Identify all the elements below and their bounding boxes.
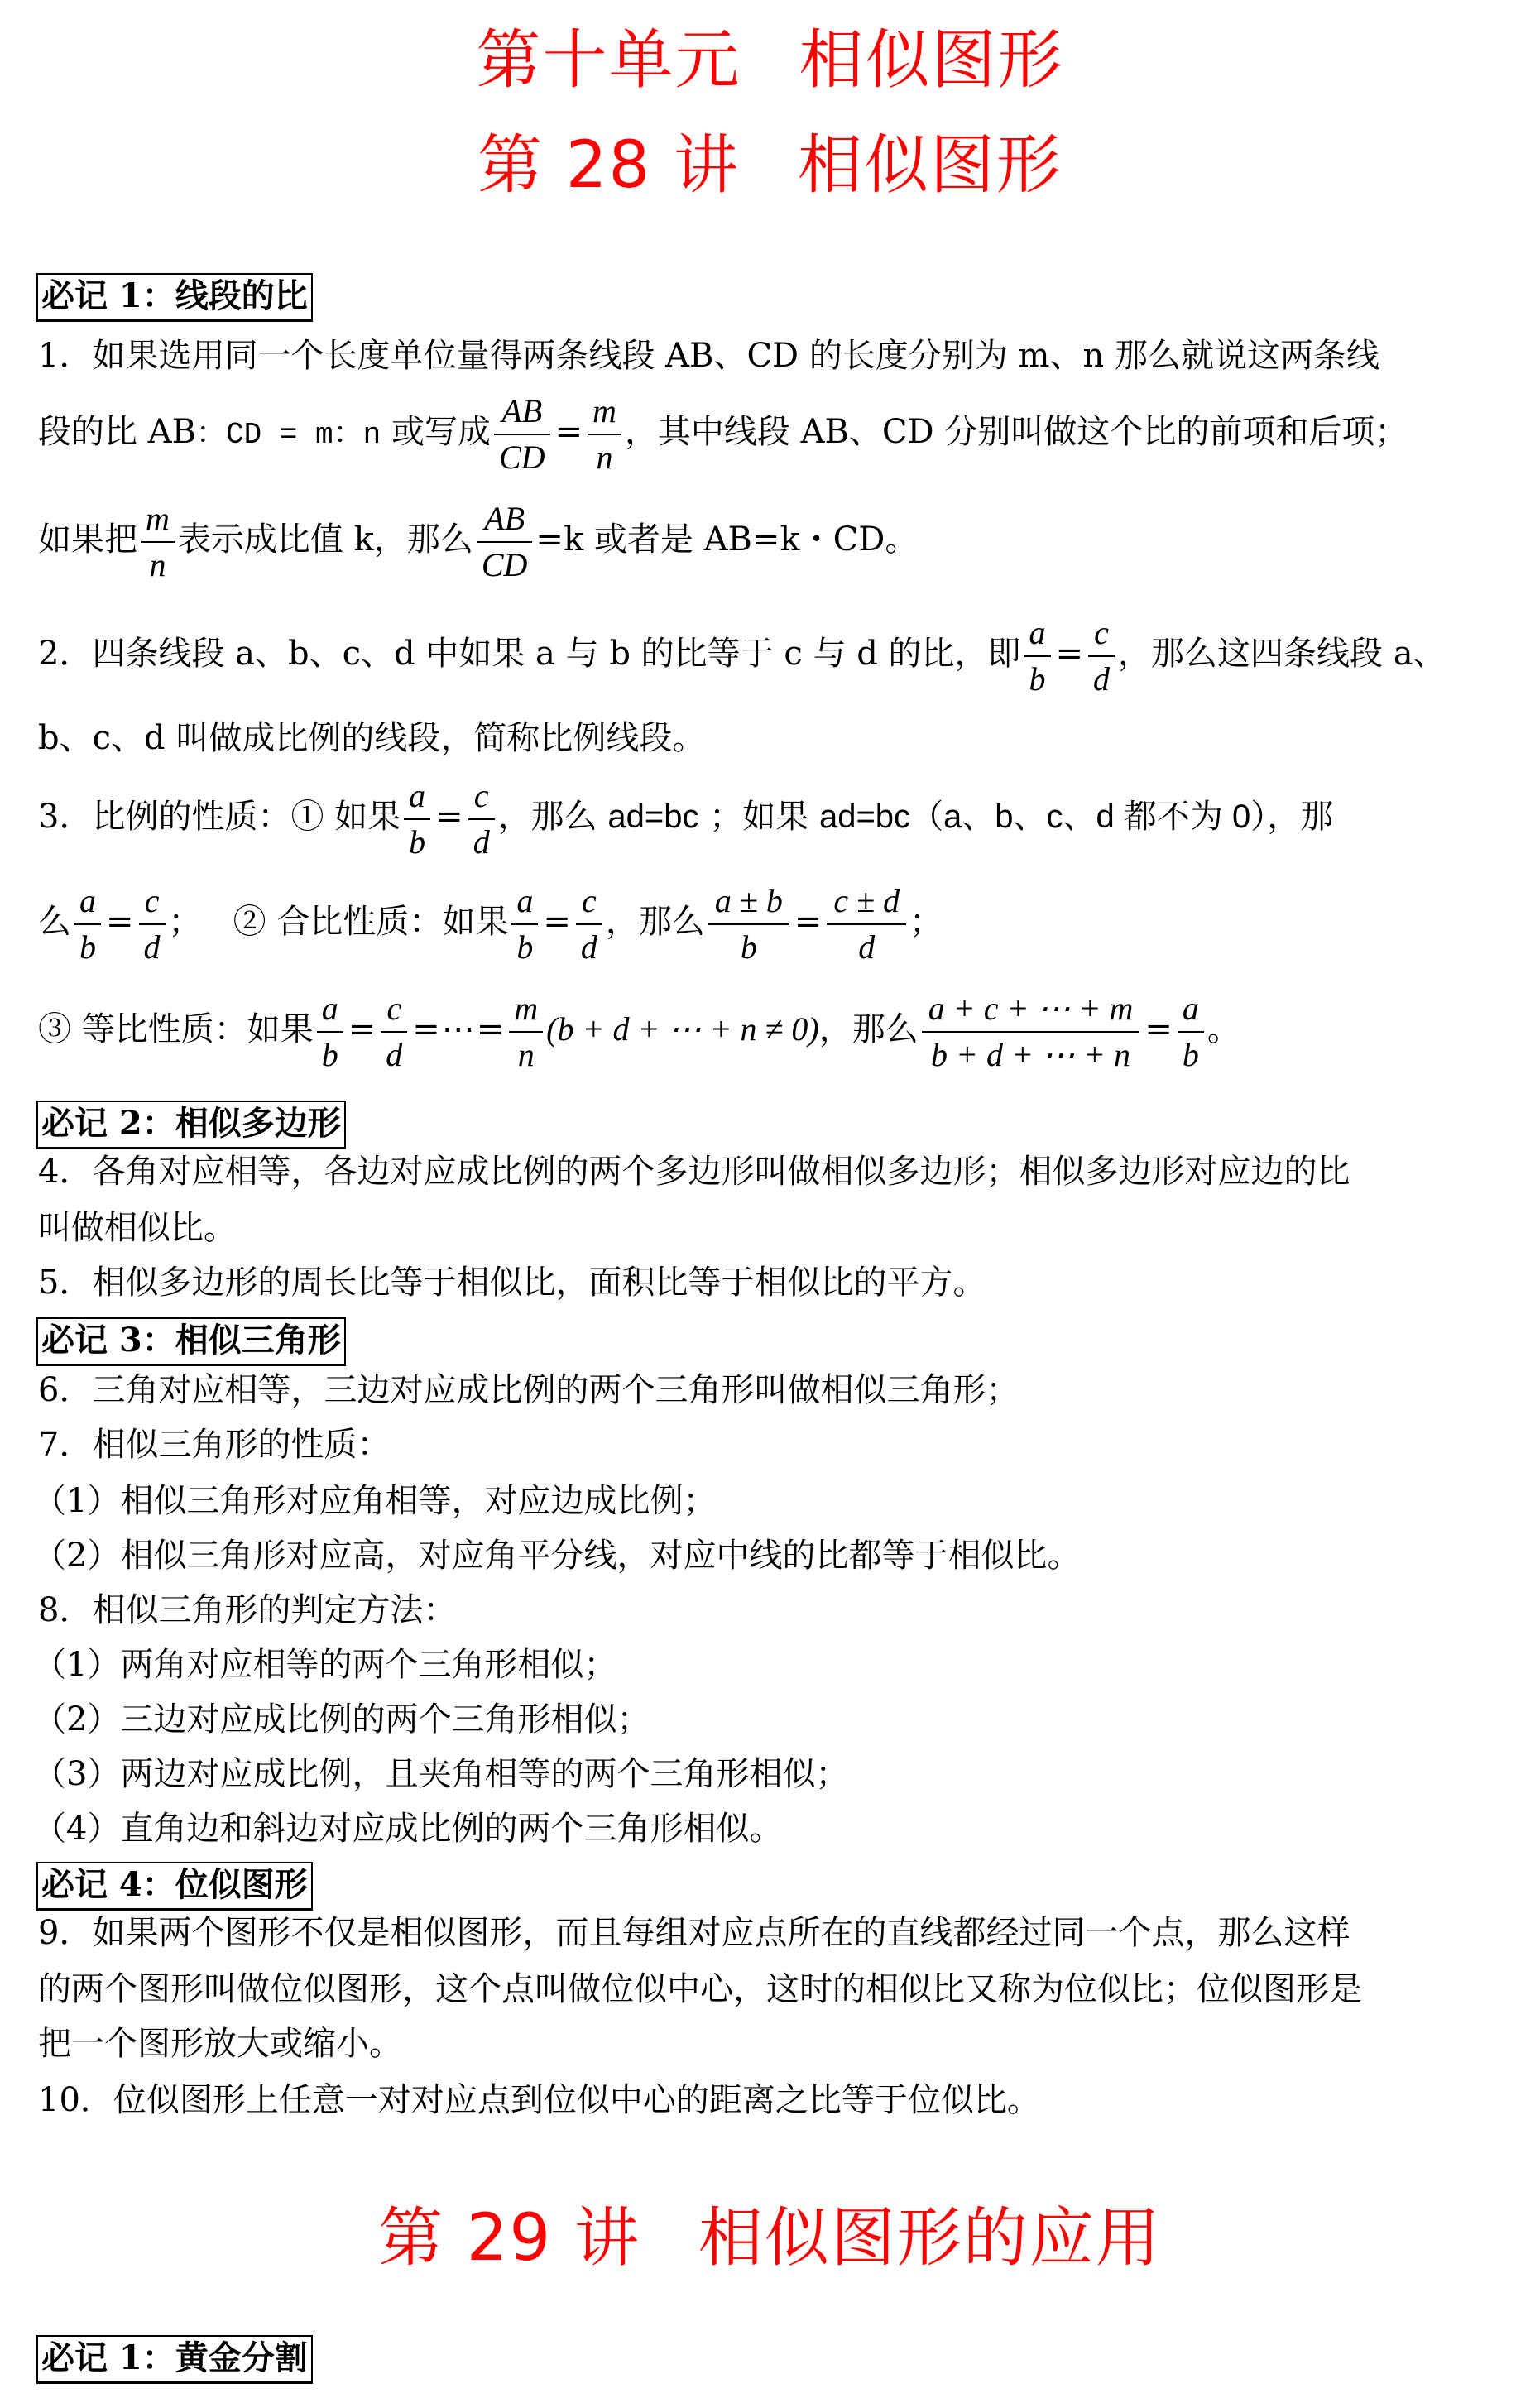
numerator: a (74, 879, 101, 925)
denominator: b (1024, 657, 1051, 702)
item-4-line-1: 4．各角对应相等，各边对应成比例的两个多边形叫做相似多边形；相似多边形对应边的比 (38, 1152, 1350, 1192)
fraction-a-over-b: ab (404, 774, 430, 865)
numerator: a (511, 879, 538, 925)
lecture-28-number: 第 28 讲 (477, 128, 740, 203)
section-heading-similar-triangles: 必记 3：相似三角形 (36, 1317, 346, 1366)
denominator: b (404, 820, 430, 865)
denominator: d (381, 1033, 407, 1077)
denominator: b (74, 925, 101, 970)
numerator: m (588, 389, 621, 435)
fraction-ab-over-cd: ABCD (477, 496, 533, 588)
equals-sign: = (1144, 1010, 1173, 1048)
equals-sign: = (794, 903, 823, 941)
denominator: n (509, 1033, 543, 1077)
numerator: m (509, 986, 543, 1033)
unit-title: 第十单元相似图形 (0, 23, 1540, 98)
text: ，那么 (498, 798, 608, 836)
item-8-sub-4: （4）直角边和斜边对应成比例的两个三角形相似。 (33, 1809, 782, 1849)
denominator: d (827, 925, 906, 970)
fraction-c-over-d: cd (1088, 611, 1115, 702)
item-3-line-3: ③ 等比性质：如果ab=cd=⋯=mn(b + d + ⋯ + n ≠ 0)，那… (38, 986, 1240, 1077)
fraction-c-over-d: cd (576, 879, 602, 970)
text: ，那么这四条线段 a、 (1118, 635, 1446, 673)
section-heading-homothetic-figures: 必记 4：位似图形 (36, 1862, 313, 1911)
ratio-expression: ：CD = m：n (196, 418, 381, 452)
equals-sign: = (555, 413, 583, 451)
fraction-m-over-n: mn (588, 389, 621, 480)
fraction-a-over-b: ab (317, 986, 343, 1077)
unit-title-topic: 相似图形 (799, 23, 1064, 98)
section-heading-segment-ratio: 必记 1：线段的比 (36, 273, 313, 322)
item-1-line-2: 段的比 AB：CD = m：n 或写成ABCD=mn，其中线段 AB、CD 分别… (38, 389, 1408, 480)
text: ③ 等比性质：如果 (38, 1010, 314, 1048)
item-9-line-2: 的两个图形叫做位似图形，这个点叫做位似中心，这时的相似比又称为位似比；位似图形是 (38, 1969, 1362, 2009)
item-8-line-1: 8．相似三角形的判定方法： (38, 1590, 456, 1630)
lecture-29-title: 第 29 讲相似图形的应用 (0, 2201, 1540, 2276)
item-9-line-3: 把一个图形放大或缩小。 (38, 2024, 402, 2064)
item-5-line-1: 5．相似多边形的周长比等于相似比，面积比等于相似比的平方。 (38, 1263, 986, 1302)
text: ； (909, 903, 943, 941)
denominator: b (1178, 1033, 1204, 1077)
fraction-a-over-b: ab (511, 879, 538, 970)
nonzero-condition: （a、b、c、d 都不为 0） (910, 799, 1267, 835)
product-equation: ad=bc (819, 799, 910, 835)
text: ； ② 合比性质：如果 (169, 903, 509, 941)
equals-sign: = (1056, 635, 1084, 673)
text: 段的比 AB (38, 413, 196, 451)
item-3-line-2: 么ab=cd； ② 合比性质：如果ab=cd，那么a ± bb=c ± dd； (38, 879, 943, 970)
denominator: n (141, 543, 175, 588)
lecture-29-topic: 相似图形的应用 (698, 2201, 1162, 2276)
numerator: a (1178, 986, 1204, 1033)
text: 3．比例的性质：① 如果 (38, 798, 401, 836)
text: ，那 (1267, 798, 1333, 836)
equals-sign: = (435, 798, 463, 836)
equals-sign: = (106, 903, 134, 941)
section-heading-similar-polygons: 必记 2：相似多边形 (36, 1101, 346, 1149)
fraction-c-over-d: cd (381, 986, 407, 1077)
item-8-sub-3: （3）两边对应成比例，且夹角相等的两个三角形相似； (33, 1754, 848, 1794)
fraction-m-over-n: mn (509, 986, 543, 1077)
item-6-line-1: 6．三角对应相等，三边对应成比例的两个三角形叫做相似三角形； (38, 1370, 1019, 1410)
denominator: n (588, 435, 621, 480)
section-heading-golden-section: 必记 1：黄金分割 (36, 2335, 313, 2384)
numerator: c (139, 879, 166, 925)
text: 2．四条线段 a、b、c、d 中如果 a 与 b 的比等于 c 与 d 的比，即 (38, 635, 1021, 673)
text: ，其中线段 AB、CD 分别叫做这个比的前项和后项； (625, 413, 1408, 451)
lecture-28-title: 第 28 讲相似图形 (0, 128, 1540, 203)
equals-sign: = (477, 1010, 505, 1048)
item-2-line-2: b、c、d 叫做成比例的线段，简称比例线段。 (38, 718, 705, 758)
numerator: AB (477, 496, 533, 543)
denominator-condition: (b + d + ⋯ + n ≠ 0) (546, 1010, 819, 1048)
fraction-c-pm-d-over-d: c ± dd (827, 879, 906, 970)
text: 表示成比值 k，那么 (178, 520, 473, 559)
text: 如果把 (38, 520, 137, 559)
text: ；如果 (699, 798, 819, 836)
fraction-ab-over-cd: ABCD (494, 389, 550, 480)
item-7-line-1: 7．相似三角形的性质： (38, 1425, 390, 1465)
item-1-line-1: 1．如果选用同一个长度单位量得两条线段 AB、CD 的长度分别为 m、n 那么就… (38, 336, 1379, 376)
ellipsis: ⋯ (442, 1010, 475, 1048)
denominator: d (1088, 657, 1115, 702)
numerator: m (141, 496, 175, 543)
numerator: c (1088, 611, 1115, 657)
text: =k 或者是 AB=k・CD。 (535, 520, 918, 559)
item-7-sub-2: （2）相似三角形对应高，对应角平分线，对应中线的比都等于相似比。 (33, 1536, 1080, 1575)
equals-sign: = (348, 1010, 377, 1048)
fraction-a-pm-b-over-b: a ± bb (708, 879, 789, 970)
denominator: d (468, 820, 495, 865)
item-8-sub-2: （2）三边对应成比例的两个三角形相似； (33, 1700, 650, 1739)
fraction-m-over-n: mn (141, 496, 175, 588)
numerator: a (1024, 611, 1051, 657)
unit-title-number: 第十单元 (476, 23, 741, 98)
text: ，那么 (819, 1010, 919, 1048)
numerator: c ± d (827, 879, 906, 925)
item-10-line-1: 10．位似图形上任意一对对应点到位似中心的距离之比等于位似比。 (38, 2080, 1040, 2120)
numerator: a ± b (708, 879, 789, 925)
text: 么 (38, 903, 71, 941)
lecture-29-number: 第 29 讲 (378, 2201, 640, 2276)
equals-sign: = (543, 903, 571, 941)
numerator: a (404, 774, 430, 820)
numerator: c (381, 986, 407, 1033)
equals-sign: = (412, 1010, 440, 1048)
numerator: AB (494, 389, 550, 435)
denominator: b (317, 1033, 343, 1077)
item-7-sub-1: （1）相似三角形对应角相等，对应边成比例； (33, 1481, 716, 1521)
denominator: d (576, 925, 602, 970)
item-4-line-2: 叫做相似比。 (38, 1208, 237, 1248)
fraction-a-over-b: ab (1024, 611, 1051, 702)
fraction-c-over-d: cd (139, 879, 166, 970)
item-8-sub-1: （1）两角对应相等的两个三角形相似； (33, 1645, 616, 1685)
item-9-line-1: 9．如果两个图形不仅是相似图形，而且每组对应点所在的直线都经过同一个点，那么这样 (38, 1913, 1350, 1953)
text: 。 (1207, 1010, 1240, 1048)
fraction-a-over-b: ab (1178, 986, 1204, 1077)
fraction-c-over-d: cd (468, 774, 495, 865)
denominator: CD (494, 435, 550, 480)
numerator: a (317, 986, 343, 1033)
denominator: CD (477, 543, 533, 588)
denominator: b + d + ⋯ + n (922, 1033, 1140, 1077)
numerator: a + c + ⋯ + m (922, 986, 1140, 1033)
fraction-a-over-b: ab (74, 879, 101, 970)
text: 或写成 (381, 413, 491, 451)
item-2-line-1: 2．四条线段 a、b、c、d 中如果 a 与 b 的比等于 c 与 d 的比，即… (38, 611, 1446, 702)
denominator: b (708, 925, 789, 970)
numerator: c (468, 774, 495, 820)
item-3-line-1: 3．比例的性质：① 如果ab=cd，那么 ad=bc ；如果 ad=bc（a、b… (38, 774, 1333, 865)
product-equation: ad=bc (607, 799, 698, 835)
text: ，那么 (606, 903, 705, 941)
numerator: c (576, 879, 602, 925)
lecture-28-topic: 相似图形 (798, 128, 1063, 203)
denominator: b (511, 925, 538, 970)
fraction-sum-ratio: a + c + ⋯ + mb + d + ⋯ + n (922, 986, 1140, 1077)
item-1-line-3: 如果把mn表示成比值 k，那么ABCD=k 或者是 AB=k・CD。 (38, 496, 918, 588)
denominator: d (139, 925, 166, 970)
